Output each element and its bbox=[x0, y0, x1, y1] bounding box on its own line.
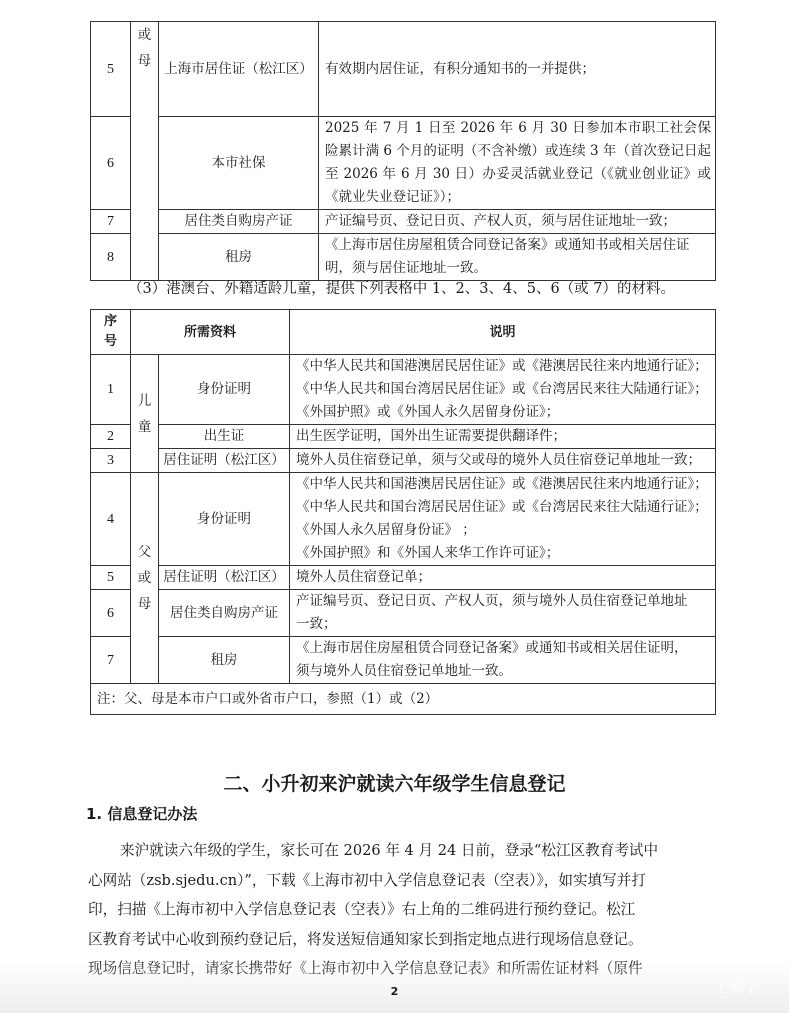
seq-cell: 7 bbox=[91, 637, 131, 684]
seq-cell: 2 bbox=[91, 425, 131, 449]
paragraph-line: 心网站（zsb.sjedu.cn）”，下载《上海市初中入学信息登记表（空表）》，… bbox=[88, 866, 714, 896]
desc-cell: 境外人员住宿登记单； bbox=[290, 566, 716, 590]
material-cell: 身份证明 bbox=[159, 355, 290, 425]
desc-cell: 《中华人民共和国港澳居民居住证》或《港澳居民往来内地通行证》； 《中华人民共和国… bbox=[290, 473, 716, 566]
table-row: 1 儿 童 身份证明 《中华人民共和国港澳居民居住证》或《港澳居民往来内地通行证… bbox=[91, 355, 716, 425]
desc-cell: 境外人员住宿登记单，须与父或母的境外人员住宿登记单地址一致； bbox=[290, 449, 716, 473]
watermark: 上哪学 bbox=[714, 976, 759, 997]
desc-cell: 出生医学证明，国外出生证需要提供翻译件； bbox=[290, 425, 716, 449]
desc-cell: 产证编号页、登记日页、产权人页，须与居住证地址一致； bbox=[319, 210, 716, 234]
desc-cell: 2025 年 7 月 1 日至 2026 年 6 月 30 日参加本市职工社会保… bbox=[319, 117, 716, 210]
foreign-children-materials-table: 序 号 所需资料 说明 1 儿 童 身份证明 《中华人民共和国港澳居民居住证》或… bbox=[90, 309, 716, 715]
table-row: 5 居住证明（松江区） 境外人员住宿登记单； bbox=[91, 566, 716, 590]
section3-intro: （3）港澳台、外籍适龄儿童，提供下列表格中 1、2、3、4、5、6（或 7）的材… bbox=[90, 277, 720, 301]
paragraph-line: 印，扫描《上海市初中入学信息登记表（空表）》右上角的二维码进行预约登记。松江 bbox=[88, 895, 714, 925]
subsection-title: 1. 信息登记办法 bbox=[86, 803, 197, 824]
material-cell: 居住类自购房产证 bbox=[159, 590, 290, 637]
group-parent-cell: 父 或 母 bbox=[131, 473, 159, 684]
table-note: 注：父、母是本市户口或外省市户口，参照（1）或（2） bbox=[91, 684, 716, 715]
material-cell: 本市社保 bbox=[159, 117, 319, 210]
material-cell: 租房 bbox=[159, 234, 319, 281]
seq-cell: 6 bbox=[91, 590, 131, 637]
seq-cell: 5 bbox=[91, 566, 131, 590]
material-cell: 居住证明（松江区） bbox=[159, 566, 290, 590]
seq-cell: 3 bbox=[91, 449, 131, 473]
seq-cell: 7 bbox=[91, 210, 131, 234]
material-cell: 租房 bbox=[159, 637, 290, 684]
header-seq: 序 号 bbox=[91, 310, 131, 355]
material-cell: 居住类自购房产证 bbox=[159, 210, 319, 234]
table-row: 5 或 母 上海市居住证（松江区） 有效期内居住证，有积分通知书的一并提供； bbox=[91, 22, 716, 117]
table-row: 7 居住类自购房产证 产证编号页、登记日页、产权人页，须与居住证地址一致； bbox=[91, 210, 716, 234]
table-row: 6 居住类自购房产证 产证编号页、登记日页、产权人页，须与境外人员住宿登记单地址… bbox=[91, 590, 716, 637]
desc-cell: 《中华人民共和国港澳居民居住证》或《港澳居民往来内地通行证》； 《中华人民共和国… bbox=[290, 355, 716, 425]
table-note-row: 注：父、母是本市户口或外省市户口，参照（1）或（2） bbox=[91, 684, 716, 715]
section-title: 二、小升初来沪就读六年级学生信息登记 bbox=[0, 769, 789, 796]
group-child-cell: 儿 童 bbox=[131, 355, 159, 473]
table-row: 7 租房 《上海市居住房屋租赁合同登记备案》或通知书或相关居住证明， 须与境外人… bbox=[91, 637, 716, 684]
material-cell: 出生证 bbox=[159, 425, 290, 449]
seq-cell: 4 bbox=[91, 473, 131, 566]
desc-cell: 产证编号页、登记日页、产权人页，须与境外人员住宿登记单地址 一致； bbox=[290, 590, 716, 637]
table-row: 2 出生证 出生医学证明，国外出生证需要提供翻译件； bbox=[91, 425, 716, 449]
household-materials-table-continued: 5 或 母 上海市居住证（松江区） 有效期内居住证，有积分通知书的一并提供； 6… bbox=[90, 21, 716, 281]
page-number: 2 bbox=[0, 985, 789, 998]
table-header-row: 序 号 所需资料 说明 bbox=[91, 310, 716, 355]
seq-cell: 1 bbox=[91, 355, 131, 425]
desc-cell: 有效期内居住证，有积分通知书的一并提供； bbox=[319, 22, 716, 117]
desc-cell: 《上海市居住房屋租赁合同登记备案》或通知书或相关居住证明， 须与境外人员住宿登记… bbox=[290, 637, 716, 684]
paragraph-line: 区教育考试中心收到预约登记后，将发送短信通知家长到指定地点进行现场信息登记。 bbox=[88, 925, 714, 955]
document-page: 5 或 母 上海市居住证（松江区） 有效期内居住证，有积分通知书的一并提供； 6… bbox=[0, 0, 789, 1013]
material-cell: 上海市居住证（松江区） bbox=[159, 22, 319, 117]
seq-cell: 6 bbox=[91, 117, 131, 210]
material-cell: 居住证明（松江区） bbox=[159, 449, 290, 473]
paragraph-line: 来沪就读六年级的学生，家长可在 2026 年 4 月 24 日前，登录“松江区教… bbox=[88, 836, 714, 866]
group-parent-cell: 或 母 bbox=[131, 22, 159, 281]
seq-cell: 8 bbox=[91, 234, 131, 281]
material-cell: 身份证明 bbox=[159, 473, 290, 566]
table-row: 8 租房 《上海市居住房屋租赁合同登记备案》或通知书或相关居住证明，须与居住证地… bbox=[91, 234, 716, 281]
desc-cell: 《上海市居住房屋租赁合同登记备案》或通知书或相关居住证明，须与居住证地址一致。 bbox=[319, 234, 716, 281]
table-row: 4 父 或 母 身份证明 《中华人民共和国港澳居民居住证》或《港澳居民往来内地通… bbox=[91, 473, 716, 566]
table-row: 6 本市社保 2025 年 7 月 1 日至 2026 年 6 月 30 日参加… bbox=[91, 117, 716, 210]
header-material: 所需资料 bbox=[131, 310, 290, 355]
header-desc: 说明 bbox=[290, 310, 716, 355]
seq-cell: 5 bbox=[91, 22, 131, 117]
table-row: 3 居住证明（松江区） 境外人员住宿登记单，须与父或母的境外人员住宿登记单地址一… bbox=[91, 449, 716, 473]
